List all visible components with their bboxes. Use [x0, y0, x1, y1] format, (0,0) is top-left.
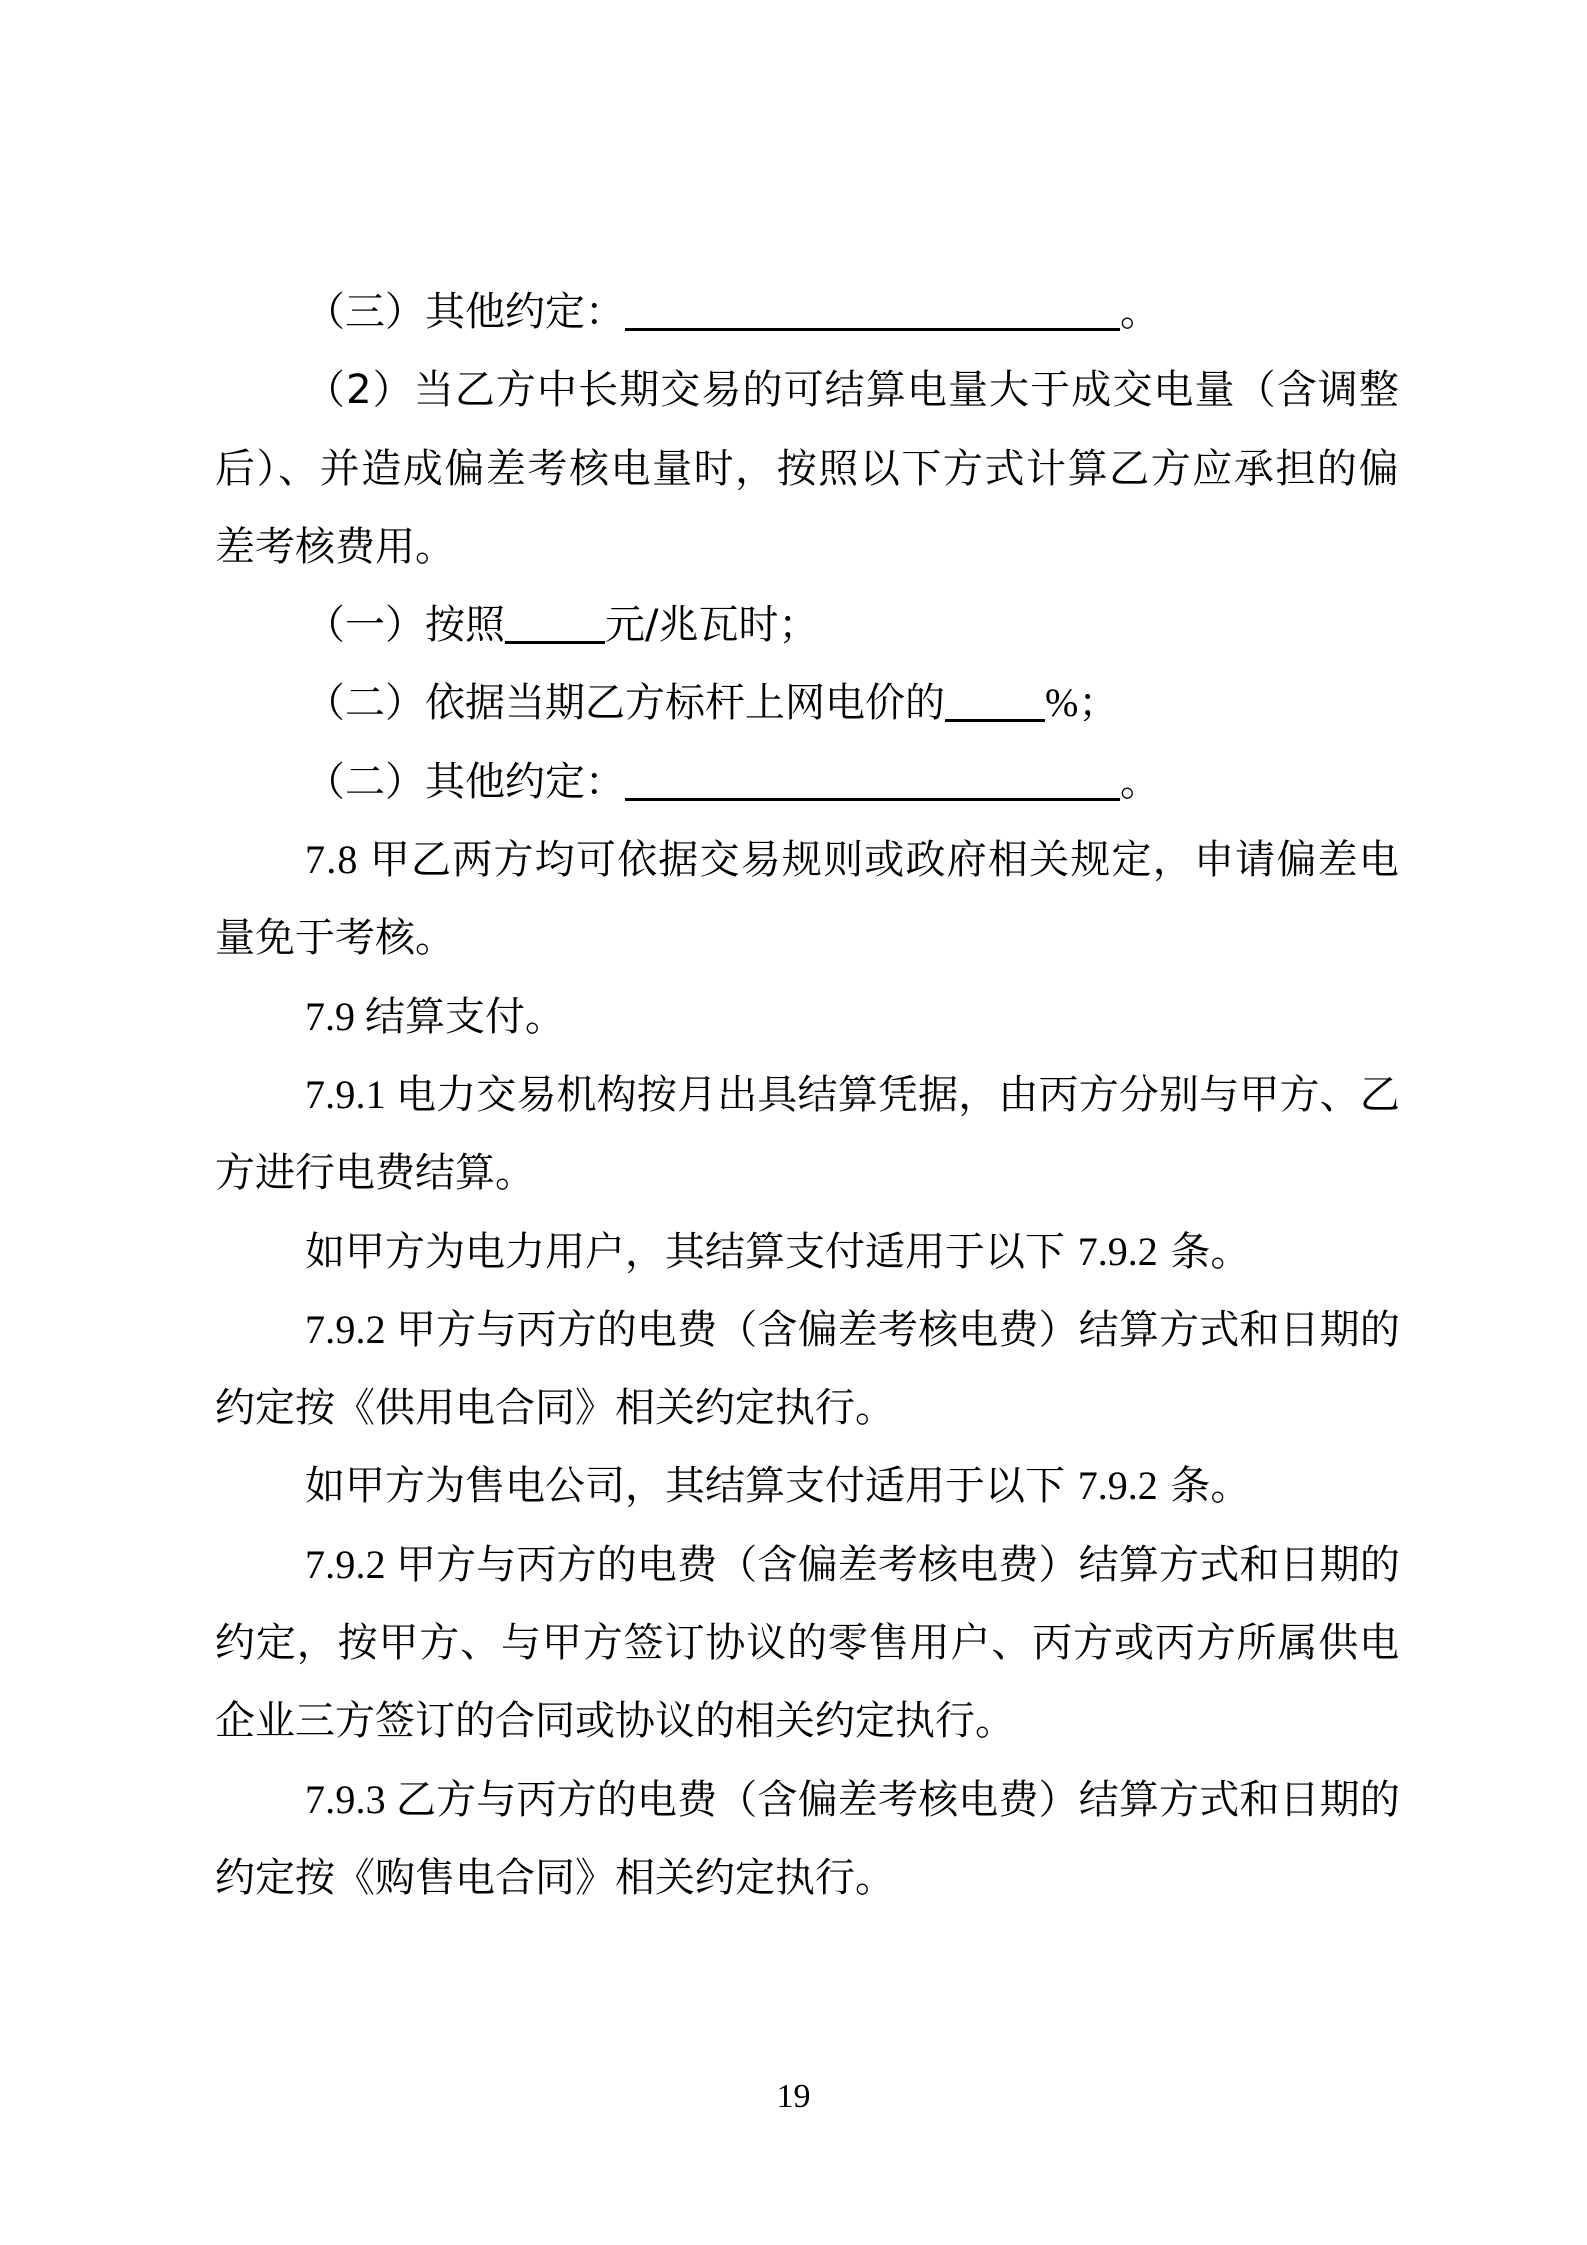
fill-in-blank: [625, 764, 1120, 801]
line-content: 差考核费用。: [215, 524, 455, 570]
text-segment: 条。: [1158, 1463, 1251, 1509]
line-content: 7.9.2 甲方与丙方的电费（含偏差考核电费）结算方式和日期的: [305, 1542, 1400, 1588]
text-segment: （二）其他约定：: [305, 759, 625, 805]
section-number: 7.9.2: [1078, 1229, 1158, 1274]
text-segment: 如甲方为售电公司，其结算支付适用于以下: [305, 1463, 1078, 1509]
line-content: 方进行电费结算。: [215, 1150, 535, 1196]
text-segment: （二）依据当期乙方标杆上网电价的: [305, 680, 945, 726]
line-content: 7.9.1 电力交易机构按月出具结算凭据，由丙方分别与甲方、乙: [305, 1072, 1400, 1118]
text-segment: 元/兆瓦时；: [605, 602, 818, 648]
line-content: 7.8 甲乙两方均可依据交易规则或政府相关规定，申请偏差电: [305, 837, 1400, 883]
document-line: 7.9 结算支付。: [215, 978, 1400, 1056]
document-line: （2）当乙方中长期交易的可结算电量大于成交电量（含调整: [215, 351, 1400, 429]
document-line: 7.9.2 甲方与丙方的电费（含偏差考核电费）结算方式和日期的: [215, 1526, 1400, 1604]
line-content: 约定，按甲方、与甲方签订协议的零售用户、丙方或丙方所属供电: [215, 1620, 1400, 1666]
document-line: 7.9.2 甲方与丙方的电费（含偏差考核电费）结算方式和日期的: [215, 1291, 1400, 1369]
document-line: 后）、并造成偏差考核电量时，按照以下方式计算乙方应承担的偏: [215, 430, 1400, 508]
section-number: 7.9.1: [305, 1072, 396, 1117]
fill-in-blank: [625, 294, 1120, 331]
line-content: 7.9.2 甲方与丙方的电费（含偏差考核电费）结算方式和日期的: [305, 1307, 1400, 1353]
text-segment: 。: [1120, 289, 1160, 335]
section-number: %: [1045, 680, 1078, 725]
text-segment: 约定按《供用电合同》相关约定执行。: [215, 1385, 895, 1431]
text-segment: 约定，按甲方、与甲方签订协议的零售用户、丙方或丙方所属供电: [215, 1620, 1400, 1666]
text-segment: 约定按《购售电合同》相关约定执行。: [215, 1855, 895, 1901]
document-line: （二）依据当期乙方标杆上网电价的%；: [215, 664, 1400, 742]
document-line: 如甲方为售电公司，其结算支付适用于以下 7.9.2 条。: [215, 1447, 1400, 1525]
line-content: 约定按《供用电合同》相关约定执行。: [215, 1385, 895, 1431]
document-line: 量免于考核。: [215, 899, 1400, 977]
text-segment: 甲乙两方均可依据交易规则或政府相关规定，申请偏差电: [370, 837, 1400, 883]
section-number: 7.8: [305, 837, 370, 882]
text-segment: 电力交易机构按月出具结算凭据，由丙方分别与甲方、乙: [396, 1072, 1400, 1118]
document-line: （一）按照元/兆瓦时；: [215, 586, 1400, 664]
fill-in-blank: [945, 685, 1045, 722]
text-segment: 乙方与丙方的电费（含偏差考核电费）结算方式和日期的: [396, 1777, 1400, 1823]
line-content: 约定按《购售电合同》相关约定执行。: [215, 1855, 895, 1901]
line-content: 后）、并造成偏差考核电量时，按照以下方式计算乙方应承担的偏: [215, 446, 1400, 492]
text-segment: 量免于考核。: [215, 915, 455, 961]
text-segment: （2）当乙方中长期交易的可结算电量大于成交电量（含调整: [305, 367, 1400, 413]
section-number: 7.9.2: [1078, 1463, 1158, 1508]
document-body: （三）其他约定：。（2）当乙方中长期交易的可结算电量大于成交电量（含调整后）、并…: [215, 273, 1400, 1917]
text-segment: 后）、并造成偏差考核电量时，按照以下方式计算乙方应承担的偏: [215, 446, 1400, 492]
document-line: 如甲方为电力用户，其结算支付适用于以下 7.9.2 条。: [215, 1213, 1400, 1291]
document-line: 差考核费用。: [215, 508, 1400, 586]
text-segment: （一）按照: [305, 602, 505, 648]
document-line: （二）其他约定：。: [215, 743, 1400, 821]
line-content: （二）依据当期乙方标杆上网电价的%；: [305, 680, 1118, 726]
section-number: 7.9.2: [305, 1542, 396, 1587]
line-content: （三）其他约定：。: [305, 289, 1160, 335]
text-segment: 结算支付。: [365, 994, 565, 1040]
text-segment: 条。: [1158, 1229, 1251, 1275]
document-line: 7.8 甲乙两方均可依据交易规则或政府相关规定，申请偏差电: [215, 821, 1400, 899]
section-number: 7.9: [305, 994, 365, 1039]
line-content: 7.9 结算支付。: [305, 994, 565, 1040]
text-segment: 。: [1120, 759, 1160, 805]
line-content: （一）按照元/兆瓦时；: [305, 602, 818, 648]
line-content: 7.9.3 乙方与丙方的电费（含偏差考核电费）结算方式和日期的: [305, 1777, 1400, 1823]
text-segment: 甲方与丙方的电费（含偏差考核电费）结算方式和日期的: [396, 1307, 1400, 1353]
line-content: 企业三方签订的合同或协议的相关约定执行。: [215, 1698, 1015, 1744]
section-number: 7.9.2: [305, 1307, 396, 1352]
document-line: 约定按《供用电合同》相关约定执行。: [215, 1369, 1400, 1447]
text-segment: 如甲方为电力用户，其结算支付适用于以下: [305, 1229, 1078, 1275]
text-segment: 方进行电费结算。: [215, 1150, 535, 1196]
line-content: （2）当乙方中长期交易的可结算电量大于成交电量（含调整: [305, 367, 1400, 413]
text-segment: 甲方与丙方的电费（含偏差考核电费）结算方式和日期的: [396, 1542, 1400, 1588]
page-number: 19: [0, 2078, 1587, 2116]
text-segment: 差考核费用。: [215, 524, 455, 570]
document-line: 方进行电费结算。: [215, 1134, 1400, 1212]
line-content: 量免于考核。: [215, 915, 455, 961]
text-segment: （三）其他约定：: [305, 289, 625, 335]
text-segment: 企业三方签订的合同或协议的相关约定执行。: [215, 1698, 1015, 1744]
line-content: 如甲方为电力用户，其结算支付适用于以下 7.9.2 条。: [305, 1229, 1250, 1275]
line-content: （二）其他约定：。: [305, 759, 1160, 805]
fill-in-blank: [505, 607, 605, 644]
document-line: 约定按《购售电合同》相关约定执行。: [215, 1839, 1400, 1917]
document-line: （三）其他约定：。: [215, 273, 1400, 351]
text-segment: ；: [1078, 680, 1118, 726]
document-line: 7.9.3 乙方与丙方的电费（含偏差考核电费）结算方式和日期的: [215, 1761, 1400, 1839]
line-content: 如甲方为售电公司，其结算支付适用于以下 7.9.2 条。: [305, 1463, 1250, 1509]
document-line: 7.9.1 电力交易机构按月出具结算凭据，由丙方分别与甲方、乙: [215, 1056, 1400, 1134]
contract-page: （三）其他约定：。（2）当乙方中长期交易的可结算电量大于成交电量（含调整后）、并…: [0, 0, 1587, 2245]
document-line: 约定，按甲方、与甲方签订协议的零售用户、丙方或丙方所属供电: [215, 1604, 1400, 1682]
document-line: 企业三方签订的合同或协议的相关约定执行。: [215, 1682, 1400, 1760]
section-number: 7.9.3: [305, 1777, 396, 1822]
